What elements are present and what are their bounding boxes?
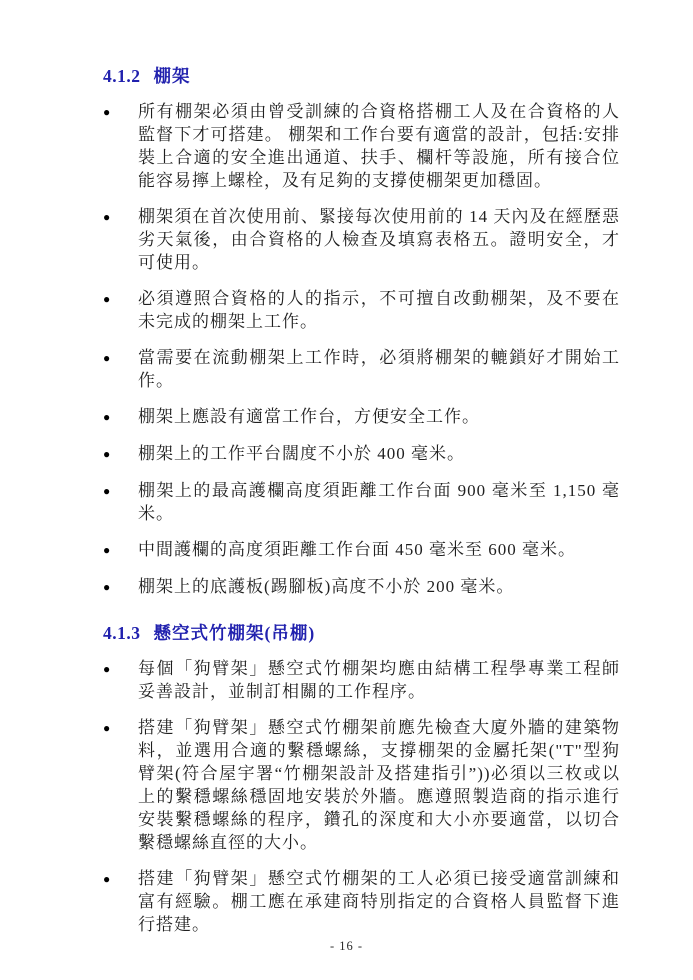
bullet-text: 搭建「狗臂架」懸空式竹棚架的工人必須已接受適當訓練和富有經驗。棚工應在承建商特別… [138,867,620,936]
bullet-text: 每個「狗臂架」懸空式竹棚架均應由結構工程學專業工程師妥善設計，並制訂相關的工作程… [138,657,620,703]
section-title: 棚架 [154,64,191,88]
bullet-icon: ● [103,538,138,562]
bullet-text: 所有棚架必須由曾受訓練的合資格搭棚工人及在合資格的人監督下才可搭建。 棚架和工作… [138,100,620,192]
bullet-icon: ● [103,442,138,466]
bullet-icon: ● [103,575,138,599]
bullet-text: 棚架上的底護板(踢腳板)高度不小於 200 毫米。 [138,575,620,599]
bullet-item: ● 棚架上的工作平台闊度不小於 400 毫米。 [103,442,620,466]
bullet-text: 當需要在流動棚架上工作時，必須將棚架的轆鎖好才開始工作。 [138,346,620,392]
bullet-item: ● 棚架上應設有適當工作台，方便安全工作。 [103,405,620,429]
bullet-icon: ● [103,867,138,936]
section-number: 4.1.3 [103,621,141,645]
bullet-icon: ● [103,716,138,854]
bullet-icon: ● [103,405,138,429]
bullet-list-scaffolding: ● 所有棚架必須由曾受訓練的合資格搭棚工人及在合資格的人監督下才可搭建。 棚架和… [103,100,620,599]
bullet-list-hanging-scaffold: ● 每個「狗臂架」懸空式竹棚架均應由結構工程學專業工程師妥善設計，並制訂相關的工… [103,657,620,936]
document-page: 4.1.2 棚架 ● 所有棚架必須由曾受訓練的合資格搭棚工人及在合資格的人監督下… [0,0,693,980]
bullet-text: 棚架上應設有適當工作台，方便安全工作。 [138,405,620,429]
bullet-item: ● 當需要在流動棚架上工作時，必須將棚架的轆鎖好才開始工作。 [103,346,620,392]
bullet-item: ● 每個「狗臂架」懸空式竹棚架均應由結構工程學專業工程師妥善設計，並制訂相關的工… [103,657,620,703]
bullet-text: 中間護欄的高度須距離工作台面 450 毫米至 600 毫米。 [138,538,620,562]
section-heading-4-1-3: 4.1.3 懸空式竹棚架(吊棚) [103,621,620,645]
bullet-icon: ● [103,287,138,333]
section-title: 懸空式竹棚架(吊棚) [154,621,316,645]
bullet-icon: ● [103,346,138,392]
bullet-item: ● 搭建「狗臂架」懸空式竹棚架的工人必須已接受適當訓練和富有經驗。棚工應在承建商… [103,867,620,936]
bullet-text: 棚架須在首次使用前、緊接每次使用前的 14 天內及在經歷惡劣天氣後，由合資格的人… [138,205,620,274]
bullet-item: ● 棚架須在首次使用前、緊接每次使用前的 14 天內及在經歷惡劣天氣後，由合資格… [103,205,620,274]
bullet-item: ● 中間護欄的高度須距離工作台面 450 毫米至 600 毫米。 [103,538,620,562]
document-content: 4.1.2 棚架 ● 所有棚架必須由曾受訓練的合資格搭棚工人及在合資格的人監督下… [0,0,693,936]
bullet-item: ● 搭建「狗臂架」懸空式竹棚架前應先檢查大廈外牆的建築物料，並選用合適的繫穩螺絲… [103,716,620,854]
bullet-icon: ● [103,205,138,274]
section-number: 4.1.2 [103,64,141,88]
bullet-text: 搭建「狗臂架」懸空式竹棚架前應先檢查大廈外牆的建築物料，並選用合適的繫穩螺絲，支… [138,716,620,854]
bullet-text: 棚架上的工作平台闊度不小於 400 毫米。 [138,442,620,466]
bullet-item: ● 棚架上的底護板(踢腳板)高度不小於 200 毫米。 [103,575,620,599]
bullet-item: ● 所有棚架必須由曾受訓練的合資格搭棚工人及在合資格的人監督下才可搭建。 棚架和… [103,100,620,192]
page-number: - 16 - [0,939,693,954]
bullet-icon: ● [103,479,138,525]
section-heading-4-1-2: 4.1.2 棚架 [103,64,620,88]
bullet-item: ● 棚架上的最高護欄高度須距離工作台面 900 毫米至 1,150 毫米。 [103,479,620,525]
bullet-text: 棚架上的最高護欄高度須距離工作台面 900 毫米至 1,150 毫米。 [138,479,620,525]
bullet-text: 必須遵照合資格的人的指示，不可擅自改動棚架，及不要在未完成的棚架上工作。 [138,287,620,333]
bullet-icon: ● [103,657,138,703]
bullet-icon: ● [103,100,138,192]
bullet-item: ● 必須遵照合資格的人的指示，不可擅自改動棚架，及不要在未完成的棚架上工作。 [103,287,620,333]
